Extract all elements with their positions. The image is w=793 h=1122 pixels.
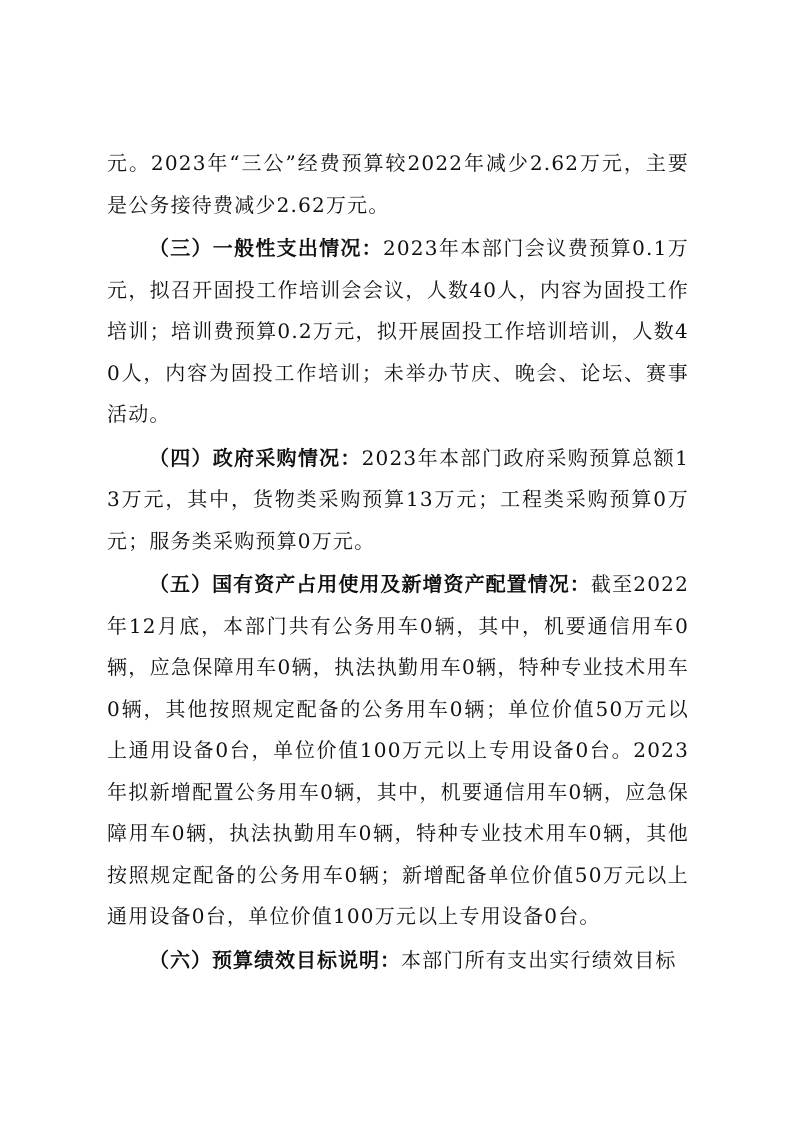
section-heading: （三）一般性支出情况： [149,236,383,260]
paragraph-body: 截至2022年12月底，本部门共有公务用车0辆，其中，机要通信用车0辆，应急保障… [107,572,689,928]
document-page: 元。2023年“三公”经费预算较2022年减少2.62万元，主要是公务接待费减少… [107,143,689,981]
paragraph-body: 本部门所有支出实行绩效目标 [401,948,677,972]
paragraph-body: 元。2023年“三公”经费预算较2022年减少2.62万元，主要是公务接待费减少… [107,151,689,217]
section-heading: （五）国有资产占用使用及新增资产配置情况： [149,572,591,596]
paragraph-state-assets: （五）国有资产占用使用及新增资产配置情况：截至2022年12月底，本部门共有公务… [107,564,689,938]
paragraph-general-expenditure: （三）一般性支出情况：2023年本部门会议费预算0.1万元，拟召开固投工作培训会… [107,228,689,436]
paragraph-performance-goals: （六）预算绩效目标说明：本部门所有支出实行绩效目标 [107,940,689,982]
section-heading: （四）政府采购情况： [149,446,362,470]
paragraph-continuation: 元。2023年“三公”经费预算较2022年减少2.62万元，主要是公务接待费减少… [107,143,689,226]
paragraph-body: 2023年本部门会议费预算0.1万元，拟召开固投工作培训会会议，人数40人，内容… [107,236,689,426]
section-heading: （六）预算绩效目标说明： [149,948,401,972]
paragraph-government-procurement: （四）政府采购情况：2023年本部门政府采购预算总额13万元，其中，货物类采购预… [107,438,689,563]
